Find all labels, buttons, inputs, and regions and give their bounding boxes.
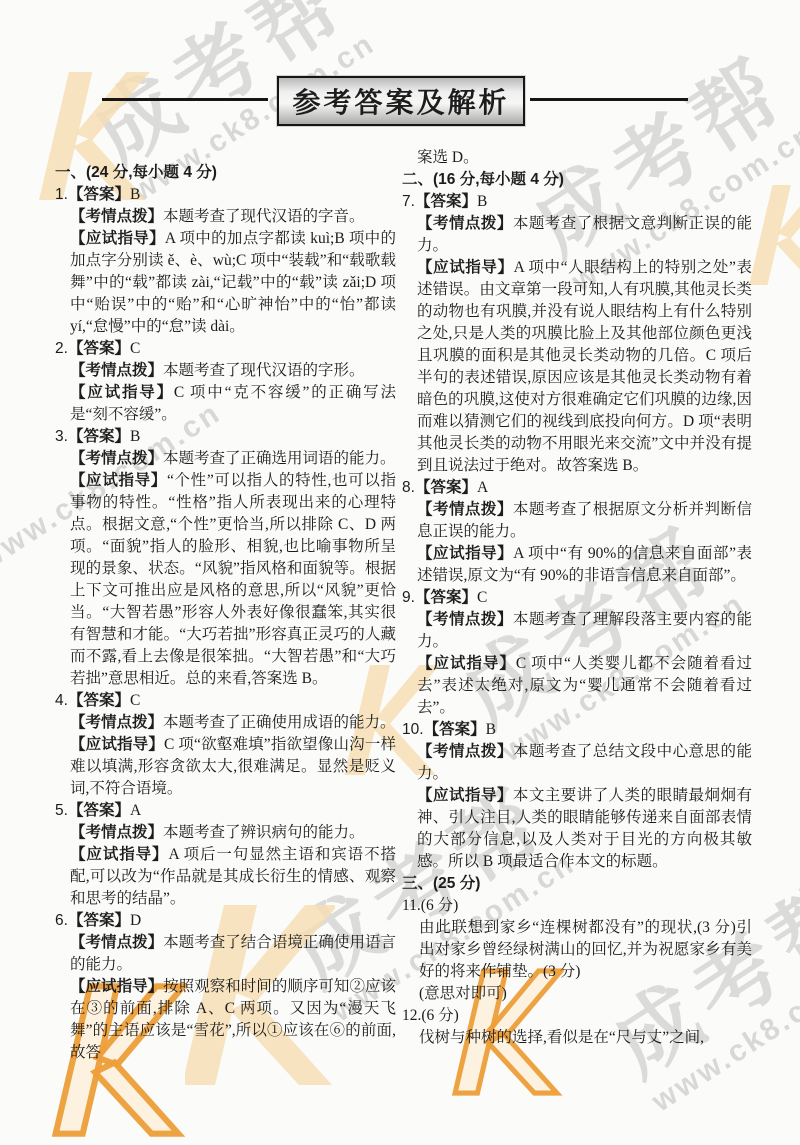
answer-part: 2.【答案】C [70, 338, 396, 360]
answer-part: 4.【答案】C [70, 690, 396, 712]
item-number: 1. [55, 186, 68, 203]
item-number: 6. [55, 912, 68, 929]
answer-part: 【考情点拨】本题考查了辨识病句的能力。 [70, 822, 396, 844]
question-number: 12.(6 分) [402, 1005, 752, 1027]
part-label: 【考情点拨】 [417, 743, 513, 760]
part-text: D [130, 912, 141, 929]
part-label: 【答案】 [68, 912, 130, 929]
part-label: 【应试指导】 [417, 545, 513, 562]
answer-item: 1.【答案】B【考情点拨】本题考查了现代汉语的字音。【应试指导】A 项中的加点字… [55, 184, 396, 338]
part-text: A [477, 479, 488, 496]
part-label: 【考情点拨】 [417, 501, 513, 518]
part-label: 【应试指导】 [70, 230, 165, 247]
section-heading: 二、(16 分,每小题 4 分) [402, 169, 752, 191]
part-text: C [130, 692, 140, 709]
part-text: B [486, 721, 496, 738]
part-label: 【考情点拨】 [70, 450, 163, 467]
item-number: 5. [55, 802, 68, 819]
item-number: 9. [402, 589, 415, 606]
part-label: 【考情点拨】 [70, 934, 163, 951]
answer-item: 4.【答案】C【考情点拨】本题考查了正确使用成语的能力。【应试指导】C 项“欲壑… [55, 690, 396, 800]
part-text: B [477, 193, 487, 210]
part-text: A 项中“人眼结构上的特别之处”表述错误。由文章第一段可知,人有巩膜,其他灵长类… [417, 259, 752, 474]
right-column: 案选 D。二、(16 分,每小题 4 分)7.【答案】B【考情点拨】本题考查了根… [402, 147, 752, 1049]
part-text: A [130, 802, 141, 819]
answer-part: 【应试指导】“个性”可以指人的特性,也可以指事物的特性。“性格”指人所表现出来的… [70, 470, 396, 690]
part-label: 【考情点拨】 [417, 215, 513, 232]
answer-part: 【考情点拨】本题考查了正确使用成语的能力。 [70, 712, 396, 734]
answer-part: 8.【答案】A [417, 477, 752, 499]
answer-item: 7.【答案】B【考情点拨】本题考查了根据文意判断正误的能力。【应试指导】A 项中… [402, 191, 752, 477]
part-label: 【答案】 [68, 802, 130, 819]
part-text: 本题考查了现代汉语的字音。 [163, 208, 365, 225]
part-label: 【答案】 [68, 186, 130, 203]
item-number: 4. [55, 692, 68, 709]
part-label: 【答案】 [68, 692, 130, 709]
answer-part: 【考情点拨】本题考查了理解段落主要内容的能力。 [417, 609, 752, 653]
part-label: 【答案】 [68, 428, 130, 445]
answer-part: 【应试指导】C 项中“人类婴儿都不会随着看过去”表述太绝对,原文为“婴儿通常不会… [417, 653, 752, 719]
answer-part: 【考情点拨】本题考查了总结文段中心意思的能力。 [417, 741, 752, 785]
answer-part: 【考情点拨】本题考查了现代汉语的字形。 [70, 360, 396, 382]
question-number: 11.(6 分) [402, 895, 752, 917]
part-text: 本题考查了正确使用成语的能力。 [163, 714, 396, 731]
part-text: B [130, 428, 140, 445]
part-text: B [130, 186, 140, 203]
part-label: 【应试指导】 [70, 846, 168, 863]
answer-part: 【应试指导】按照观察和时间的顺序可知②应该在③的前面,排除 A、C 两项。又因为… [70, 976, 396, 1064]
title-rule-right [530, 98, 688, 101]
part-label: 【考情点拨】 [70, 208, 163, 225]
part-text: “个性”可以指人的特性,也可以指事物的特性。“性格”指人所表现出来的心理特点。根… [70, 472, 396, 687]
part-label: 【答案】 [415, 479, 477, 496]
answer-item: 5.【答案】A【考情点拨】本题考查了辨识病句的能力。【应试指导】A 项后一句显然… [55, 800, 396, 910]
part-label: 【考情点拨】 [70, 714, 163, 731]
answer-part: 【应试指导】C 项中“克不容缓”的正确写法是“刻不容缓”。 [70, 382, 396, 426]
answer-part: 5.【答案】A [70, 800, 396, 822]
part-text: C [477, 589, 487, 606]
answer-part: 【应试指导】A 项后一句显然主语和宾语不搭配,可以改为“作品就是其成长衍生的情感… [70, 844, 396, 910]
answer-part: 【应试指导】本文主要讲了人类的眼睛最炯炯有神、引人注目,人类的眼睛能够传递来自面… [417, 785, 752, 873]
answer-part: 【应试指导】A 项中的加点字都读 kuì;B 项中的加点字分别读 ě、è、wù;… [70, 228, 396, 338]
paragraph: (意思对即可) [402, 983, 752, 1005]
part-text: 本题考查了现代汉语的字形。 [163, 362, 365, 379]
part-label: 【答案】 [424, 721, 486, 738]
answer-item: 6.【答案】D【考情点拨】本题考查了结合语境正确使用语言的能力。【应试指导】按照… [55, 910, 396, 1064]
part-label: 【应试指导】 [70, 384, 174, 401]
answer-part: 1.【答案】B [70, 184, 396, 206]
part-label: 【应试指导】 [417, 787, 513, 804]
item-number: 8. [402, 479, 415, 496]
answer-part: 9.【答案】C [417, 587, 752, 609]
answer-part: 【应试指导】A 项中“人眼结构上的特别之处”表述错误。由文章第一段可知,人有巩膜… [417, 257, 752, 477]
part-label: 【应试指导】 [70, 736, 164, 753]
title-box: 参考答案及解析 [277, 76, 525, 126]
ck8-logo-k-icon [745, 185, 800, 285]
page-title: 参考答案及解析 [292, 81, 509, 121]
answer-part: 【考情点拨】本题考查了根据原文分析并判断信息正误的能力。 [417, 499, 752, 543]
item-number: 3. [55, 428, 68, 445]
answer-item: 3.【答案】B【考情点拨】本题考查了正确选用词语的能力。【应试指导】“个性”可以… [55, 426, 396, 690]
answer-part: 3.【答案】B [70, 426, 396, 448]
section-heading: 一、(24 分,每小题 4 分) [55, 162, 396, 184]
answer-item: 9.【答案】C【考情点拨】本题考查了理解段落主要内容的能力。【应试指导】C 项中… [402, 587, 752, 719]
item-number: 10. [402, 721, 424, 738]
part-label: 【考情点拨】 [70, 824, 163, 841]
answer-part: 6.【答案】D [70, 910, 396, 932]
part-label: 【应试指导】 [417, 655, 516, 672]
part-label: 【答案】 [415, 589, 477, 606]
left-column: 一、(24 分,每小题 4 分)1.【答案】B【考情点拨】本题考查了现代汉语的字… [55, 162, 396, 1064]
answer-item: 8.【答案】A【考情点拨】本题考查了根据原文分析并判断信息正误的能力。【应试指导… [402, 477, 752, 587]
part-label: 【应试指导】 [70, 978, 163, 995]
answer-part: 10.【答案】B [417, 719, 752, 741]
answer-part: 【应试指导】C 项“欲壑难填”指欲望像山沟一样难以填满,形容贪欲太大,很难满足。… [70, 734, 396, 800]
part-label: 【应试指导】 [70, 472, 167, 489]
answer-part: 【应试指导】A 项中“有 90%的信息来自面部”表述错误,原文为“有 90%的非… [417, 543, 752, 587]
section-heading: 三、(25 分) [402, 873, 752, 895]
item-number: 7. [402, 193, 415, 210]
part-label: 【考情点拨】 [417, 611, 513, 628]
answer-item: 2.【答案】C【考情点拨】本题考查了现代汉语的字形。【应试指导】C 项中“克不容… [55, 338, 396, 426]
answer-part: 【考情点拨】本题考查了结合语境正确使用语言的能力。 [70, 932, 396, 976]
part-label: 【答案】 [68, 340, 130, 357]
part-label: 【答案】 [415, 193, 477, 210]
continuation-text: 案选 D。 [402, 147, 752, 169]
answer-part: 【考情点拨】本题考查了正确选用词语的能力。 [70, 448, 396, 470]
part-label: 【考情点拨】 [70, 362, 163, 379]
scanned-answer-page: { "page": { "title": "参考答案及解析" }, "water… [0, 0, 800, 1145]
paragraph: 伐树与种树的选择,看似是在“尺与丈”之间, [402, 1027, 752, 1049]
part-text: 本题考查了辨识病句的能力。 [163, 824, 365, 841]
part-text: 本题考查了正确选用词语的能力。 [163, 450, 396, 467]
part-label: 【应试指导】 [417, 259, 514, 276]
part-text: C [130, 340, 140, 357]
title-rule-left [102, 98, 268, 101]
answer-part: 【考情点拨】本题考查了根据文意判断正误的能力。 [417, 213, 752, 257]
answer-item: 10.【答案】B【考情点拨】本题考查了总结文段中心意思的能力。【应试指导】本文主… [402, 719, 752, 873]
paragraph: 由此联想到家乡“连棵树都没有”的现状,(3 分)引出对家乡曾经绿树满山的回忆,并… [402, 917, 752, 983]
answer-part: 【考情点拨】本题考查了现代汉语的字音。 [70, 206, 396, 228]
answer-part: 7.【答案】B [417, 191, 752, 213]
item-number: 2. [55, 340, 68, 357]
